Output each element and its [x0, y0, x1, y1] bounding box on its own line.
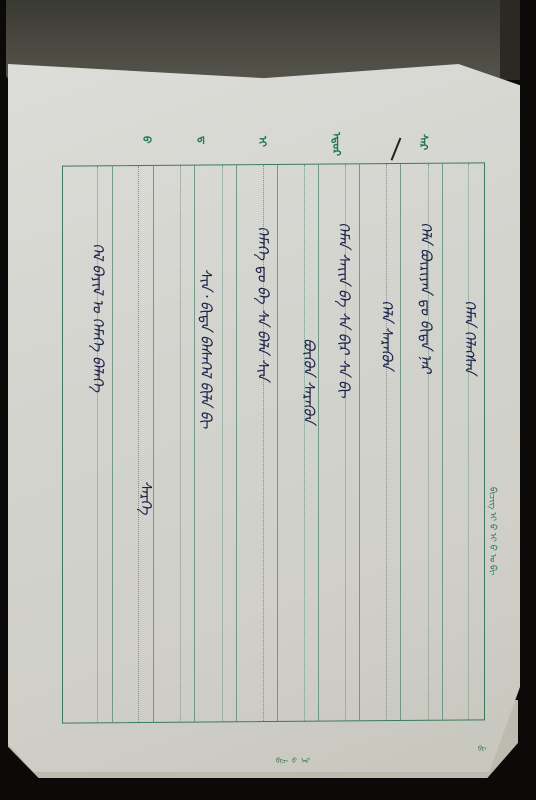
rule-line	[138, 166, 139, 722]
rule-line	[400, 164, 401, 720]
rule-line	[236, 165, 237, 721]
rule-line	[112, 166, 113, 722]
text-column-2: ᠬᠡᠯᠡ ᠪᠦᠷᠢᠶᠡᠨ ᠳᠤ ᠪᠢᠳᠡ ᠨᠠᠷ	[418, 222, 433, 373]
underlying-sheet-edge	[500, 0, 520, 80]
header-mark-3: ᠢ	[253, 136, 272, 147]
footer-stamp-right: ᠪᠢ	[478, 742, 486, 754]
text-column-9: ᠰᠡᠷᠭᠡ	[138, 480, 153, 515]
text-column-8: ᠬᠡᠯ ᠪᠠᠶᠢᠯ ᠤ ᠬᠡᠮᠡᠭᠡ ᠪᠡᠯᠡᠭᠡ	[90, 243, 105, 392]
text-column-4: ᠬᠡᠮᠡᠨ ᠰᠠᠶ᠋ᠢᠨ ᠪᠠ ᠰᠠ ᠪᠢᠷ ᠰᠠ ᠪᠢ	[336, 222, 351, 398]
rule-line	[194, 166, 195, 722]
header-mark-1: ᠪ	[137, 136, 156, 143]
text-column-3: ᠬᠡᠯᠡ ᠰᠡᠷᠡᠭᠦᠨ	[379, 300, 394, 369]
header-mark-5: ᠰᠠᠷ	[414, 134, 433, 150]
rule-line	[304, 165, 305, 721]
rule-line	[442, 164, 443, 720]
header-mark-2: ᠳ	[193, 136, 212, 144]
footer-stamp-left: ᠪᠢᠴ ᠪ ᠠᠷ	[276, 754, 310, 766]
rule-line	[386, 164, 387, 720]
text-column-1: ᠬᠡᠮᠡᠨ ᠬᠡᠯᠡᠭᠰᠡᠨ	[462, 300, 477, 374]
rule-line	[222, 165, 223, 721]
rule-line	[277, 165, 278, 721]
rule-line	[153, 166, 154, 722]
rule-line	[180, 166, 181, 722]
text-column-7: ᠰᠢᠨ᠂ ᠪᠢᠳᠡ ᠪᠡᠰᠡᠭᠡᠯ ᠪᠢᠯᠡ ᠪᠢ	[198, 268, 213, 428]
rule-line	[468, 163, 469, 719]
header-mark-4: ᠡᠳᠦᠷ	[327, 132, 346, 156]
rule-line	[359, 164, 360, 720]
text-column-5: ᠪᠦᠬᠦᠨ ᠰᠡᠷᠡᠭᠦᠨ	[301, 338, 316, 423]
rule-line	[318, 165, 319, 721]
text-column-6: ᠬᠡᠮᠡᠭᠡ ᠳᠤ ᠪᠠ ᠰᠠ ᠪᠡᠯᠡ ᠰᠢᠨ	[255, 226, 270, 380]
margin-note: ᠪᠢᠴᠢᠭ ᠢ ᠪ ᠢ ᠪ ᠤ ᠪᠢ	[484, 487, 500, 575]
